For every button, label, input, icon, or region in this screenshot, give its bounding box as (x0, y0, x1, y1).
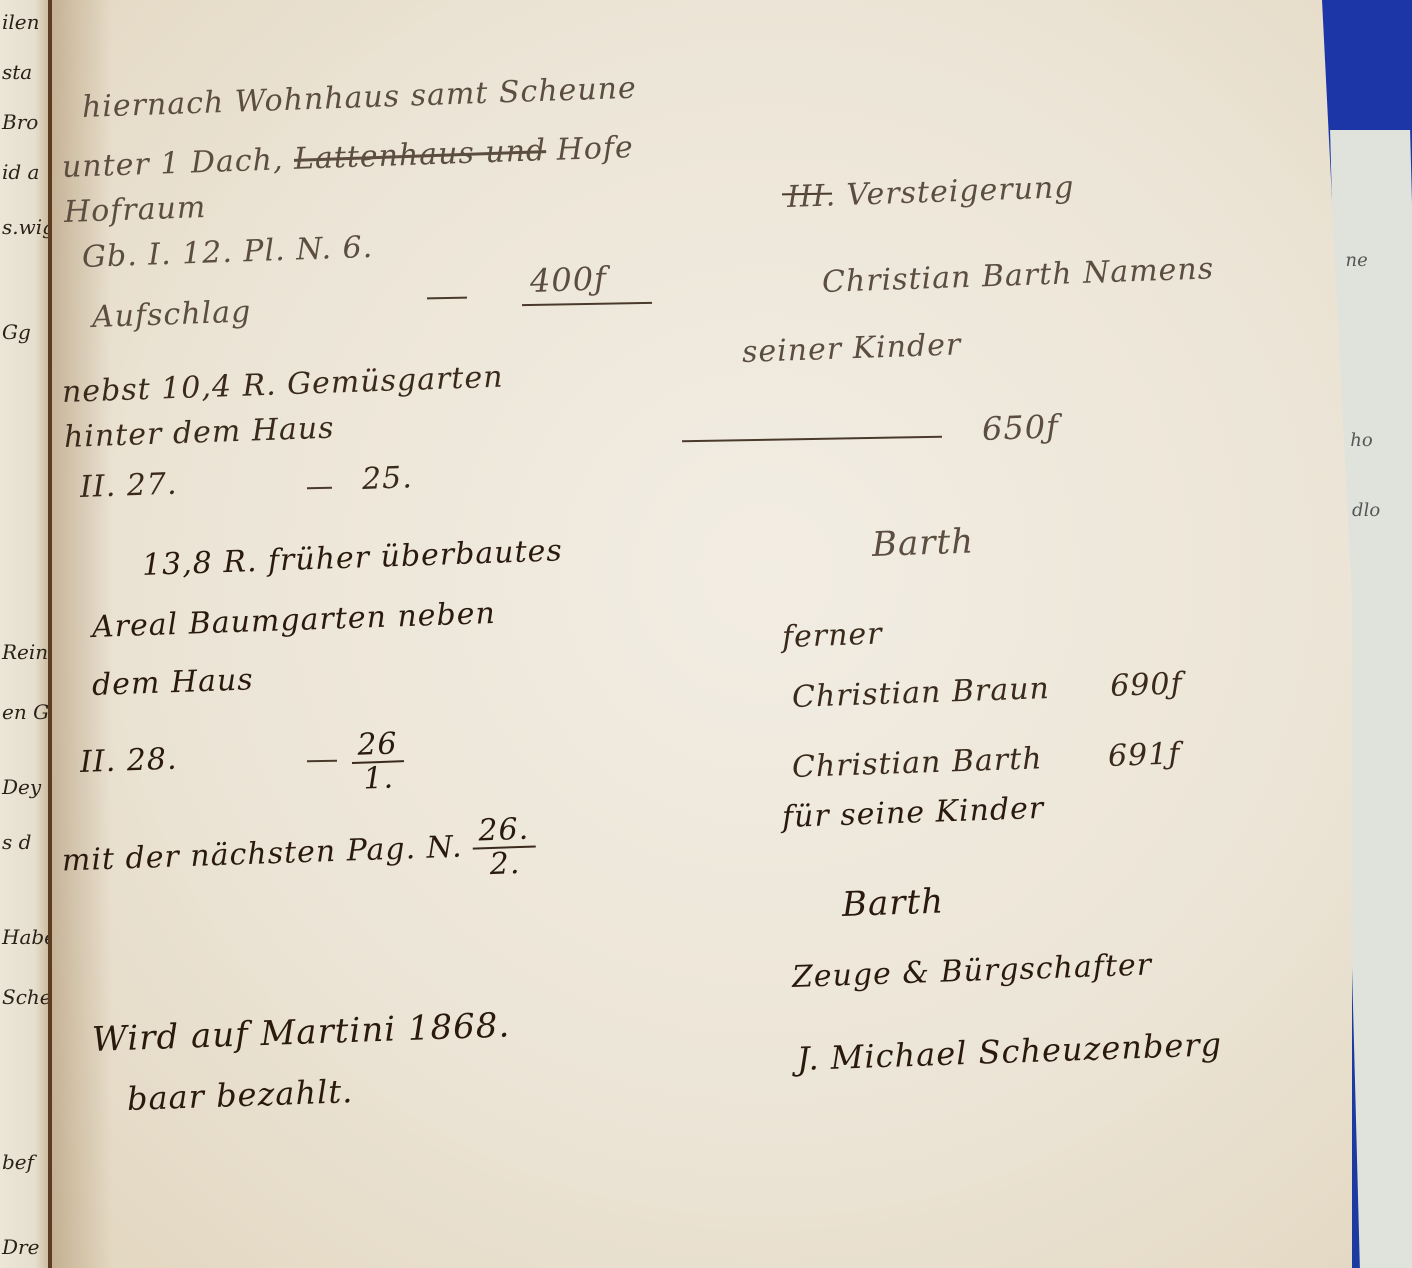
left-page-fragment: bef (2, 1150, 34, 1174)
bid-amount: 690ƒ (1110, 666, 1184, 704)
entry-line: mit der nächsten Pag. N. 26.2. (61, 813, 537, 895)
left-page-edge: ilen sta Bro id a s.wig Gg Rein en G Dey… (0, 0, 50, 1268)
dash-rule (307, 487, 332, 489)
entry-line: Aufschlag (91, 294, 251, 335)
amount-aufschlag: 400ƒ (529, 259, 607, 300)
entry-line: hiernach Wohnhaus samt Scheune (81, 71, 637, 125)
entry-line: dem Haus (91, 662, 254, 703)
auction-heading: III. Versteigerung (786, 170, 1075, 215)
left-page-fragment: s.wig (2, 215, 50, 239)
fraction-numerator: 26 (351, 728, 404, 763)
left-page-fragment: en G (2, 700, 49, 724)
entry-line: nebst 10,4 R. Gemüsgarten (61, 360, 504, 410)
left-page-fragment: Schein (2, 985, 50, 1009)
dash-rule (427, 297, 467, 300)
left-page-fragment: sta (2, 60, 32, 84)
signature: Barth (841, 881, 944, 925)
entry-line: hinter dem Haus (63, 411, 335, 455)
struck-text: Lattenhaus und (293, 133, 546, 177)
separator-rule (682, 436, 942, 443)
bidder-line: für seine Kinder (781, 791, 1044, 835)
entry-line: Areal Baumgarten neben (91, 596, 496, 645)
left-page-fragment: Bro (2, 110, 38, 134)
bidder-name: Christian Barth (791, 741, 1043, 785)
entry-text: unter 1 Dach, (61, 142, 284, 185)
entry-text: mit der nächsten Pag. N. (61, 830, 463, 879)
witness-label: Zeuge & Bürgschafter (791, 947, 1152, 995)
left-page-fragment: Rein (2, 640, 48, 664)
bid-amount: 650ƒ (981, 407, 1059, 448)
section-title: Versteigerung (846, 170, 1075, 213)
section-numeral: III. (786, 178, 836, 215)
entry-line: Hofraum (63, 190, 206, 230)
entry-text: Hofe (556, 130, 634, 168)
back-sheet-fragment: ne (1345, 250, 1368, 271)
left-page-fragment: Dre (2, 1235, 39, 1259)
ferner-label: ferner (781, 616, 883, 654)
entry-line: 13,8 R. früher überbautes (141, 533, 563, 583)
bidder-name: Christian Braun (791, 671, 1050, 715)
left-page-fragment: Gg (2, 320, 31, 344)
left-page-fragment: s d (2, 830, 31, 854)
plot-reference: II. 27. (79, 467, 178, 505)
payment-note: Wird auf Martini 1868. (91, 1005, 511, 1060)
left-page-fragment: Haben (2, 925, 50, 949)
back-sheet-fragment: dlo (1352, 500, 1381, 521)
left-page-fragment: Dey (2, 775, 41, 799)
ref-number: 25. (361, 460, 413, 497)
fraction-numerator: 26. (472, 813, 536, 849)
bid-row: Christian Barth 691ƒ (791, 736, 1181, 785)
back-sheet-fragment: ho (1350, 430, 1373, 451)
bid-amount: 691ƒ (1107, 736, 1181, 774)
entry-line: unter 1 Dach, Lattenhaus und Hofe (61, 130, 634, 185)
fraction-denominator: 2. (473, 847, 537, 881)
ref-fraction: 261. (351, 728, 405, 795)
plot-reference: II. 28. (79, 742, 178, 780)
bidder-line: seiner Kinder (741, 327, 961, 370)
left-page-fragment: ilen (2, 10, 40, 34)
left-page-fragment: id a (2, 160, 39, 184)
fraction-denominator: 1. (352, 762, 405, 795)
payment-note: baar bezahlt. (126, 1072, 354, 1118)
ledger-page: hiernach Wohnhaus samt Scheune unter 1 D… (52, 0, 1352, 1268)
witness-signature: J. Michael Scheuzenberg (796, 1025, 1222, 1078)
amount-underline (522, 302, 652, 306)
book-gutter (48, 0, 52, 1268)
bid-row: Christian Braun 690ƒ (791, 666, 1183, 715)
signature: Barth (871, 521, 974, 565)
dash-rule (307, 760, 337, 763)
bidder-line: Christian Barth Namens (821, 251, 1214, 300)
plot-reference: Gb. I. 12. Pl. N. 6. (81, 230, 373, 275)
